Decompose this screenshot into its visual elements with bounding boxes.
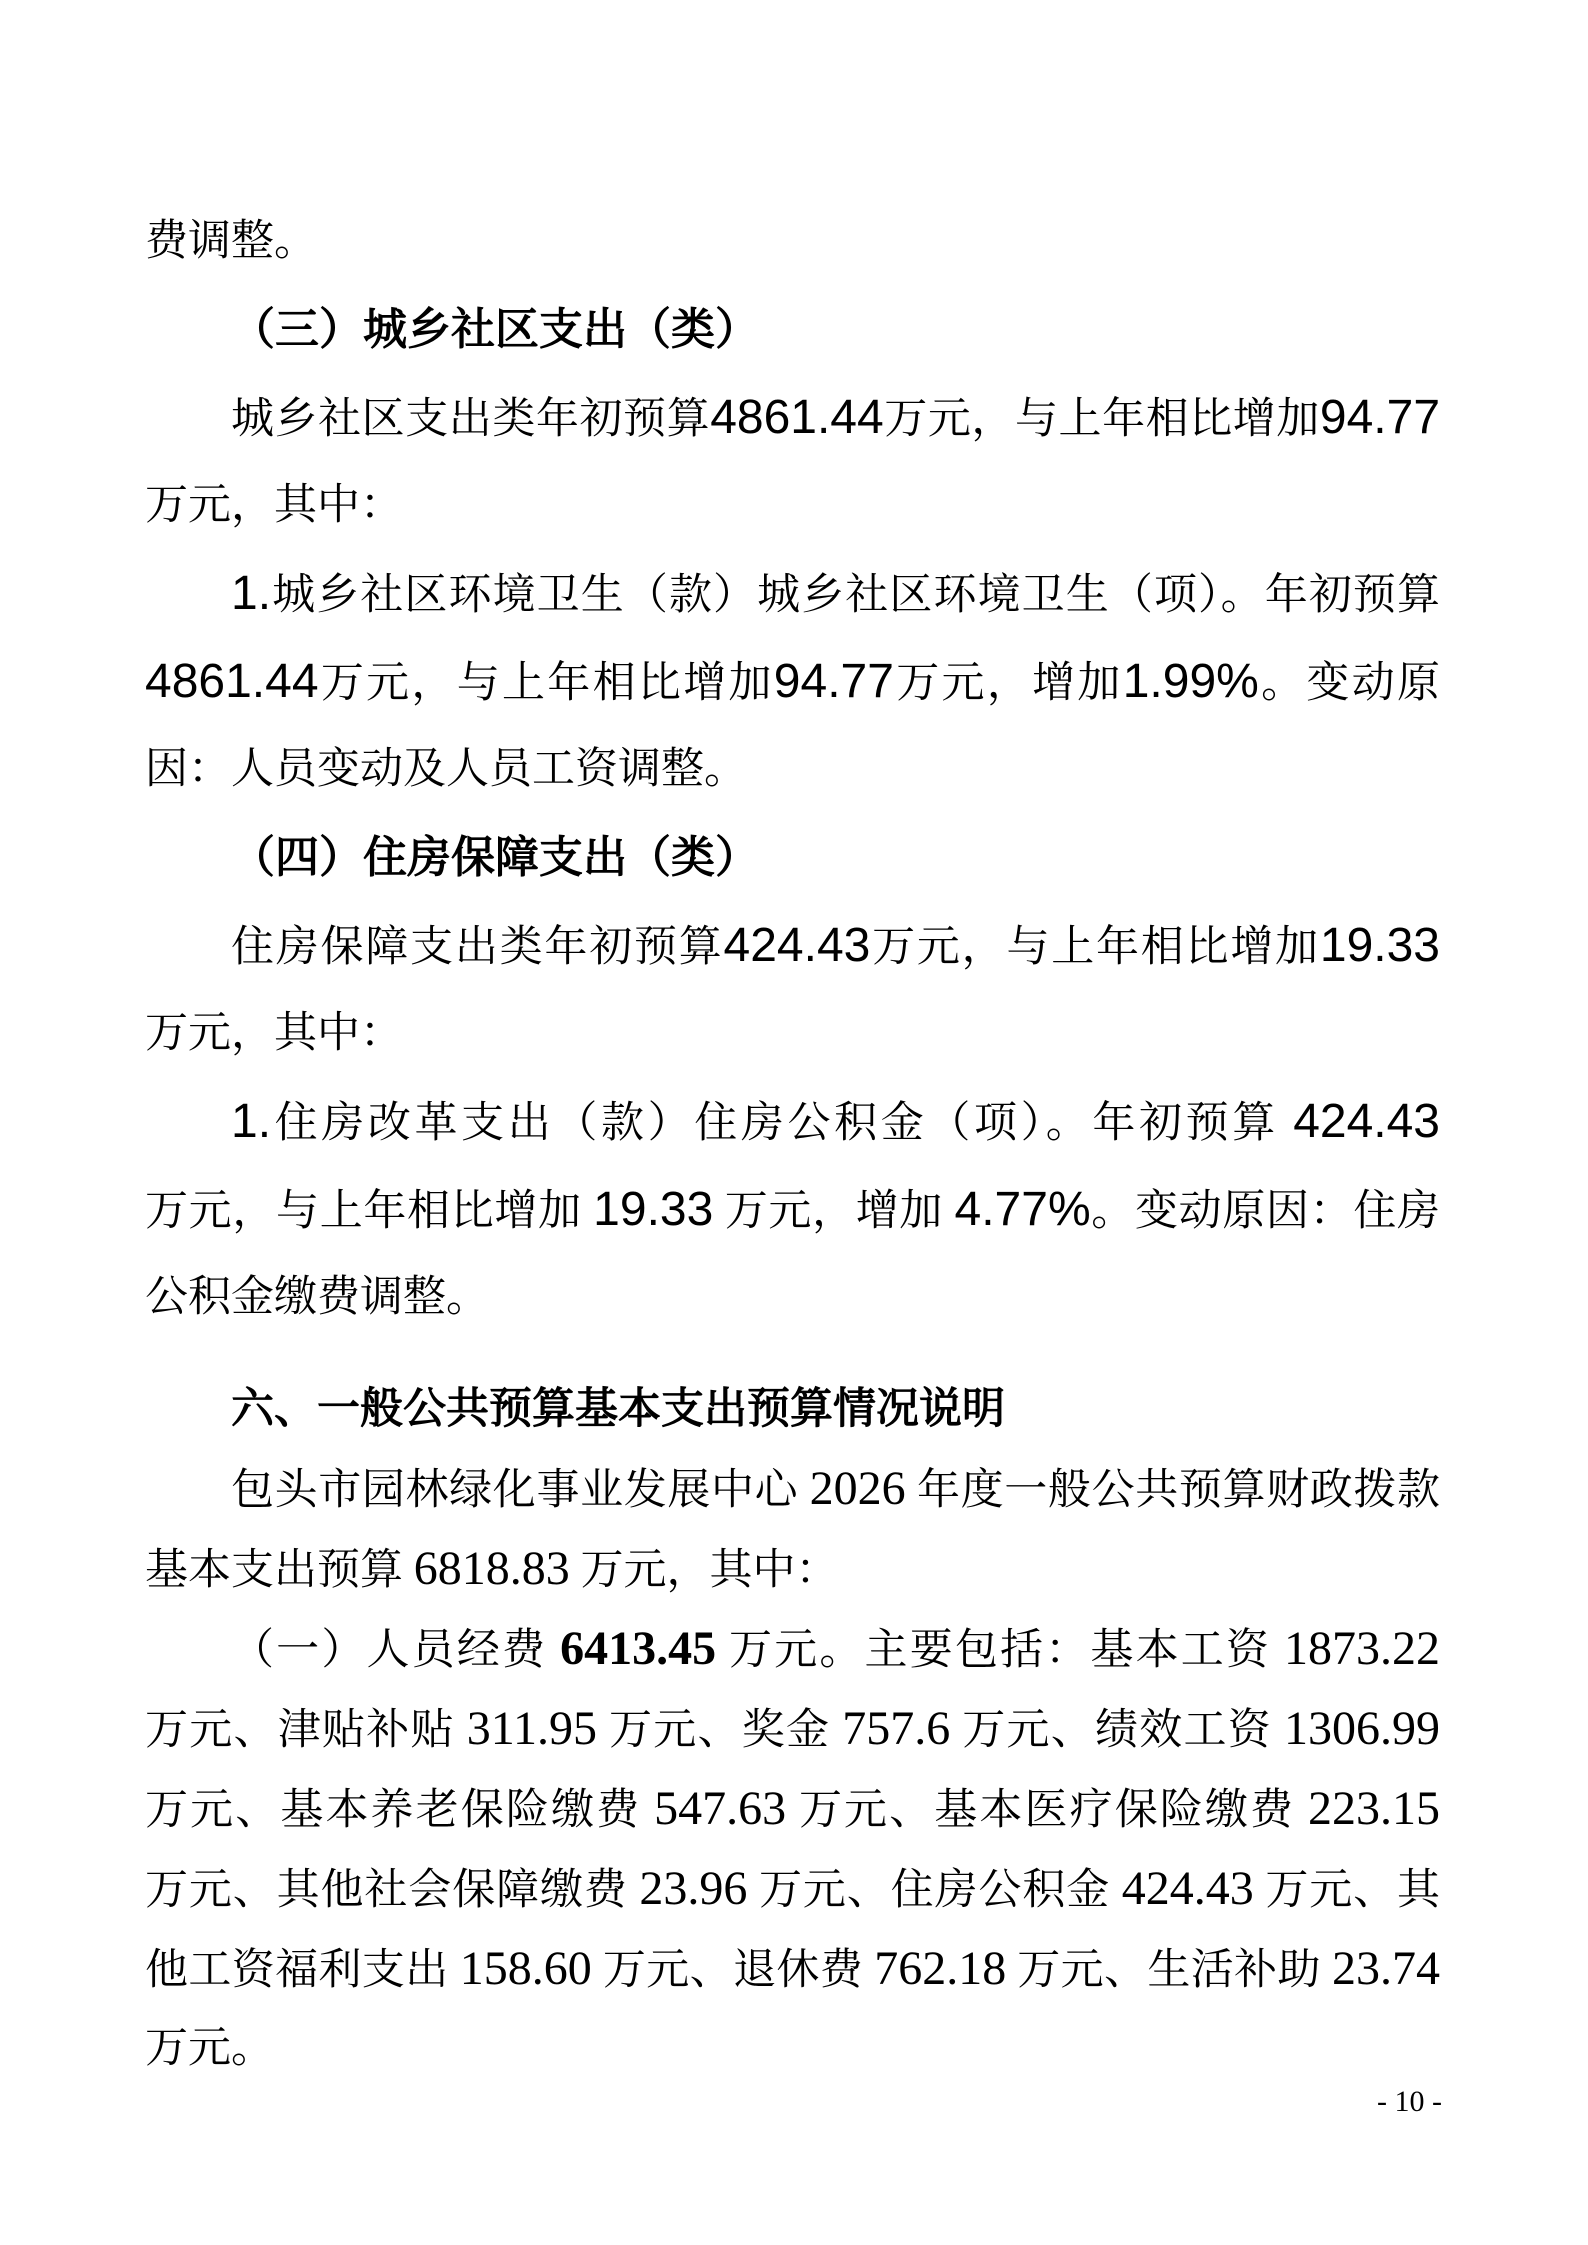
text-run: 万元，与上年相比增加: [884, 396, 1320, 443]
text-line: 万元，与上年相比增加 19.33 万元，增加 4.77%。变动原因：住房: [145, 1166, 1440, 1254]
number-run: 6818.83: [414, 1542, 570, 1595]
text-run: 万元，与上年相比增加: [145, 1188, 593, 1235]
text-run: 万元，与上年相比增加: [870, 924, 1320, 971]
section-expenditure-classes: 费调整。 （三）城乡社区支出（类） 城乡社区支出类年初预算4861.44万元，与…: [145, 198, 1440, 1342]
text-run: 他工资福利支出: [145, 1947, 460, 1994]
text-run: 万元。: [145, 2025, 274, 2072]
text-run: 万元、其: [1254, 1867, 1440, 1914]
text-run: 。变动原因：住房: [1091, 1188, 1440, 1235]
text-run: 万元，增加: [713, 1188, 954, 1235]
document-page: 费调整。 （三）城乡社区支出（类） 城乡社区支出类年初预算4861.44万元，与…: [0, 0, 1588, 2245]
text-block: 费调整。 （三）城乡社区支出（类） 城乡社区支出类年初预算4861.44万元，与…: [145, 198, 1440, 2089]
text-run: 万元、退休费: [592, 1947, 874, 1994]
text-run: 。变动原: [1259, 660, 1440, 707]
text-run: 公积金缴费调整。: [145, 1274, 489, 1321]
text-line: 因：人员变动及人员工资调整。: [145, 726, 1440, 814]
number-run: 1306.99: [1284, 1702, 1440, 1755]
number-run: 23.74: [1332, 1942, 1440, 1995]
text-line: 4861.44万元，与上年相比增加94.77万元，增加1.99%。变动原: [145, 638, 1440, 726]
heading-section-6-basic-expenditure: 六、一般公共预算基本支出预算情况说明: [145, 1369, 1440, 1449]
text-line: 万元，其中：: [145, 462, 1440, 550]
number-run: 19.33: [1320, 919, 1440, 972]
number-run: 757.6: [842, 1702, 950, 1755]
number-run: 311.95: [467, 1702, 597, 1755]
text-run: 万元、基本养老保险缴费: [145, 1787, 654, 1834]
text-line: 1.城乡社区环境卫生（款）城乡社区环境卫生（项）。年初预算: [145, 550, 1440, 638]
text-run: 城乡社区支出类年初预算: [231, 396, 710, 443]
text-run: 万元、其他社会保障缴费: [145, 1867, 639, 1914]
text-line: 万元、津贴补贴 311.95 万元、奖金 757.6 万元、绩效工资 1306.…: [145, 1689, 1440, 1769]
text-line: 城乡社区支出类年初预算4861.44万元，与上年相比增加94.77: [145, 374, 1440, 462]
text-run: 住房改革支出（款）住房公积金（项）。年初预算: [271, 1100, 1293, 1147]
number-run: 94.77: [1320, 391, 1440, 444]
number-run: 2026: [810, 1462, 906, 1515]
number-run: 4.77%: [955, 1183, 1091, 1236]
text-run: 万元，与上年相比增加: [319, 660, 774, 707]
number-run: 1.: [231, 1095, 271, 1148]
text-line: 万元。: [145, 2009, 1440, 2089]
text-run: （四）住房保障支出（类）: [231, 833, 759, 882]
text-run: 万元、绩效工资: [950, 1707, 1284, 1754]
text-run: 万元，其中：: [145, 1010, 403, 1057]
text-run: 六、一般公共预算基本支出预算情况说明: [231, 1385, 1005, 1433]
number-run: 23.96: [639, 1862, 747, 1915]
text-run: 住房保障支出类年初预算: [231, 924, 724, 971]
text-line: 万元，其中：: [145, 990, 1440, 1078]
number-run: 6413.45: [560, 1622, 716, 1675]
number-run: 424.43: [1293, 1095, 1440, 1148]
text-line: 万元、基本养老保险缴费 547.63 万元、基本医疗保险缴费 223.15: [145, 1769, 1440, 1849]
paragraph-continuation-line: 费调整。: [145, 198, 1440, 286]
number-run: 4861.44: [710, 391, 884, 444]
text-run: 万元，增加: [894, 660, 1123, 707]
section-basic-expenditure-explanation: 六、一般公共预算基本支出预算情况说明 包头市园林绿化事业发展中心 2026 年度…: [145, 1369, 1440, 2089]
text-run: 万元、津贴补贴: [145, 1707, 467, 1754]
text-run: 费调整。: [145, 218, 317, 265]
number-run: 158.60: [460, 1942, 592, 1995]
text-run: 万元，其中：: [570, 1547, 839, 1594]
text-run: 因：人员变动及人员工资调整。: [145, 746, 747, 793]
text-line: 公积金缴费调整。: [145, 1254, 1440, 1342]
text-line: 包头市园林绿化事业发展中心 2026 年度一般公共预算财政拨款: [145, 1449, 1440, 1529]
number-run: 1.: [231, 567, 271, 620]
number-run: 1873.22: [1284, 1622, 1440, 1675]
text-run: 年度一般公共预算财政拨款: [906, 1467, 1440, 1514]
number-run: 94.77: [774, 655, 894, 708]
text-run: 城乡社区环境卫生（款）城乡社区环境卫生（项）。年初预算: [271, 572, 1440, 619]
number-run: 223.15: [1308, 1782, 1440, 1835]
heading-section-3-urban-rural-community: （三）城乡社区支出（类）: [145, 286, 1440, 374]
number-run: 1.99%: [1123, 655, 1259, 708]
text-line: 基本支出预算 6818.83 万元，其中：: [145, 1529, 1440, 1609]
text-run: 万元、生活补助: [1006, 1947, 1332, 1994]
text-line: 万元、其他社会保障缴费 23.96 万元、住房公积金 424.43 万元、其: [145, 1849, 1440, 1929]
number-run: 762.18: [874, 1942, 1006, 1995]
text-run: 万元、住房公积金: [747, 1867, 1121, 1914]
number-run: 547.63: [654, 1782, 786, 1835]
text-run: 基本支出预算: [145, 1547, 414, 1594]
number-run: 19.33: [593, 1183, 713, 1236]
text-line: 住房保障支出类年初预算424.43万元，与上年相比增加19.33: [145, 902, 1440, 990]
text-line: （一）人员经费 6413.45 万元。主要包括：基本工资 1873.22: [145, 1609, 1440, 1689]
text-run: 万元、基本医疗保险缴费: [786, 1787, 1308, 1834]
text-run: （一）人员经费: [231, 1627, 560, 1674]
number-run: 4861.44: [145, 655, 319, 708]
text-line: 1.住房改革支出（款）住房公积金（项）。年初预算 424.43: [145, 1078, 1440, 1166]
text-run: 万元、奖金: [597, 1707, 842, 1754]
text-run: （三）城乡社区支出（类）: [231, 305, 759, 354]
text-run: 包头市园林绿化事业发展中心: [231, 1467, 810, 1514]
heading-section-4-housing-security: （四）住房保障支出（类）: [145, 814, 1440, 902]
text-run: 万元。主要包括：基本工资: [716, 1627, 1284, 1674]
number-run: 424.43: [724, 919, 871, 972]
text-line: 他工资福利支出 158.60 万元、退休费 762.18 万元、生活补助 23.…: [145, 1929, 1440, 2009]
page-number: - 10 -: [1377, 2082, 1442, 2122]
number-run: 424.43: [1122, 1862, 1254, 1915]
text-run: 万元，其中：: [145, 482, 403, 529]
